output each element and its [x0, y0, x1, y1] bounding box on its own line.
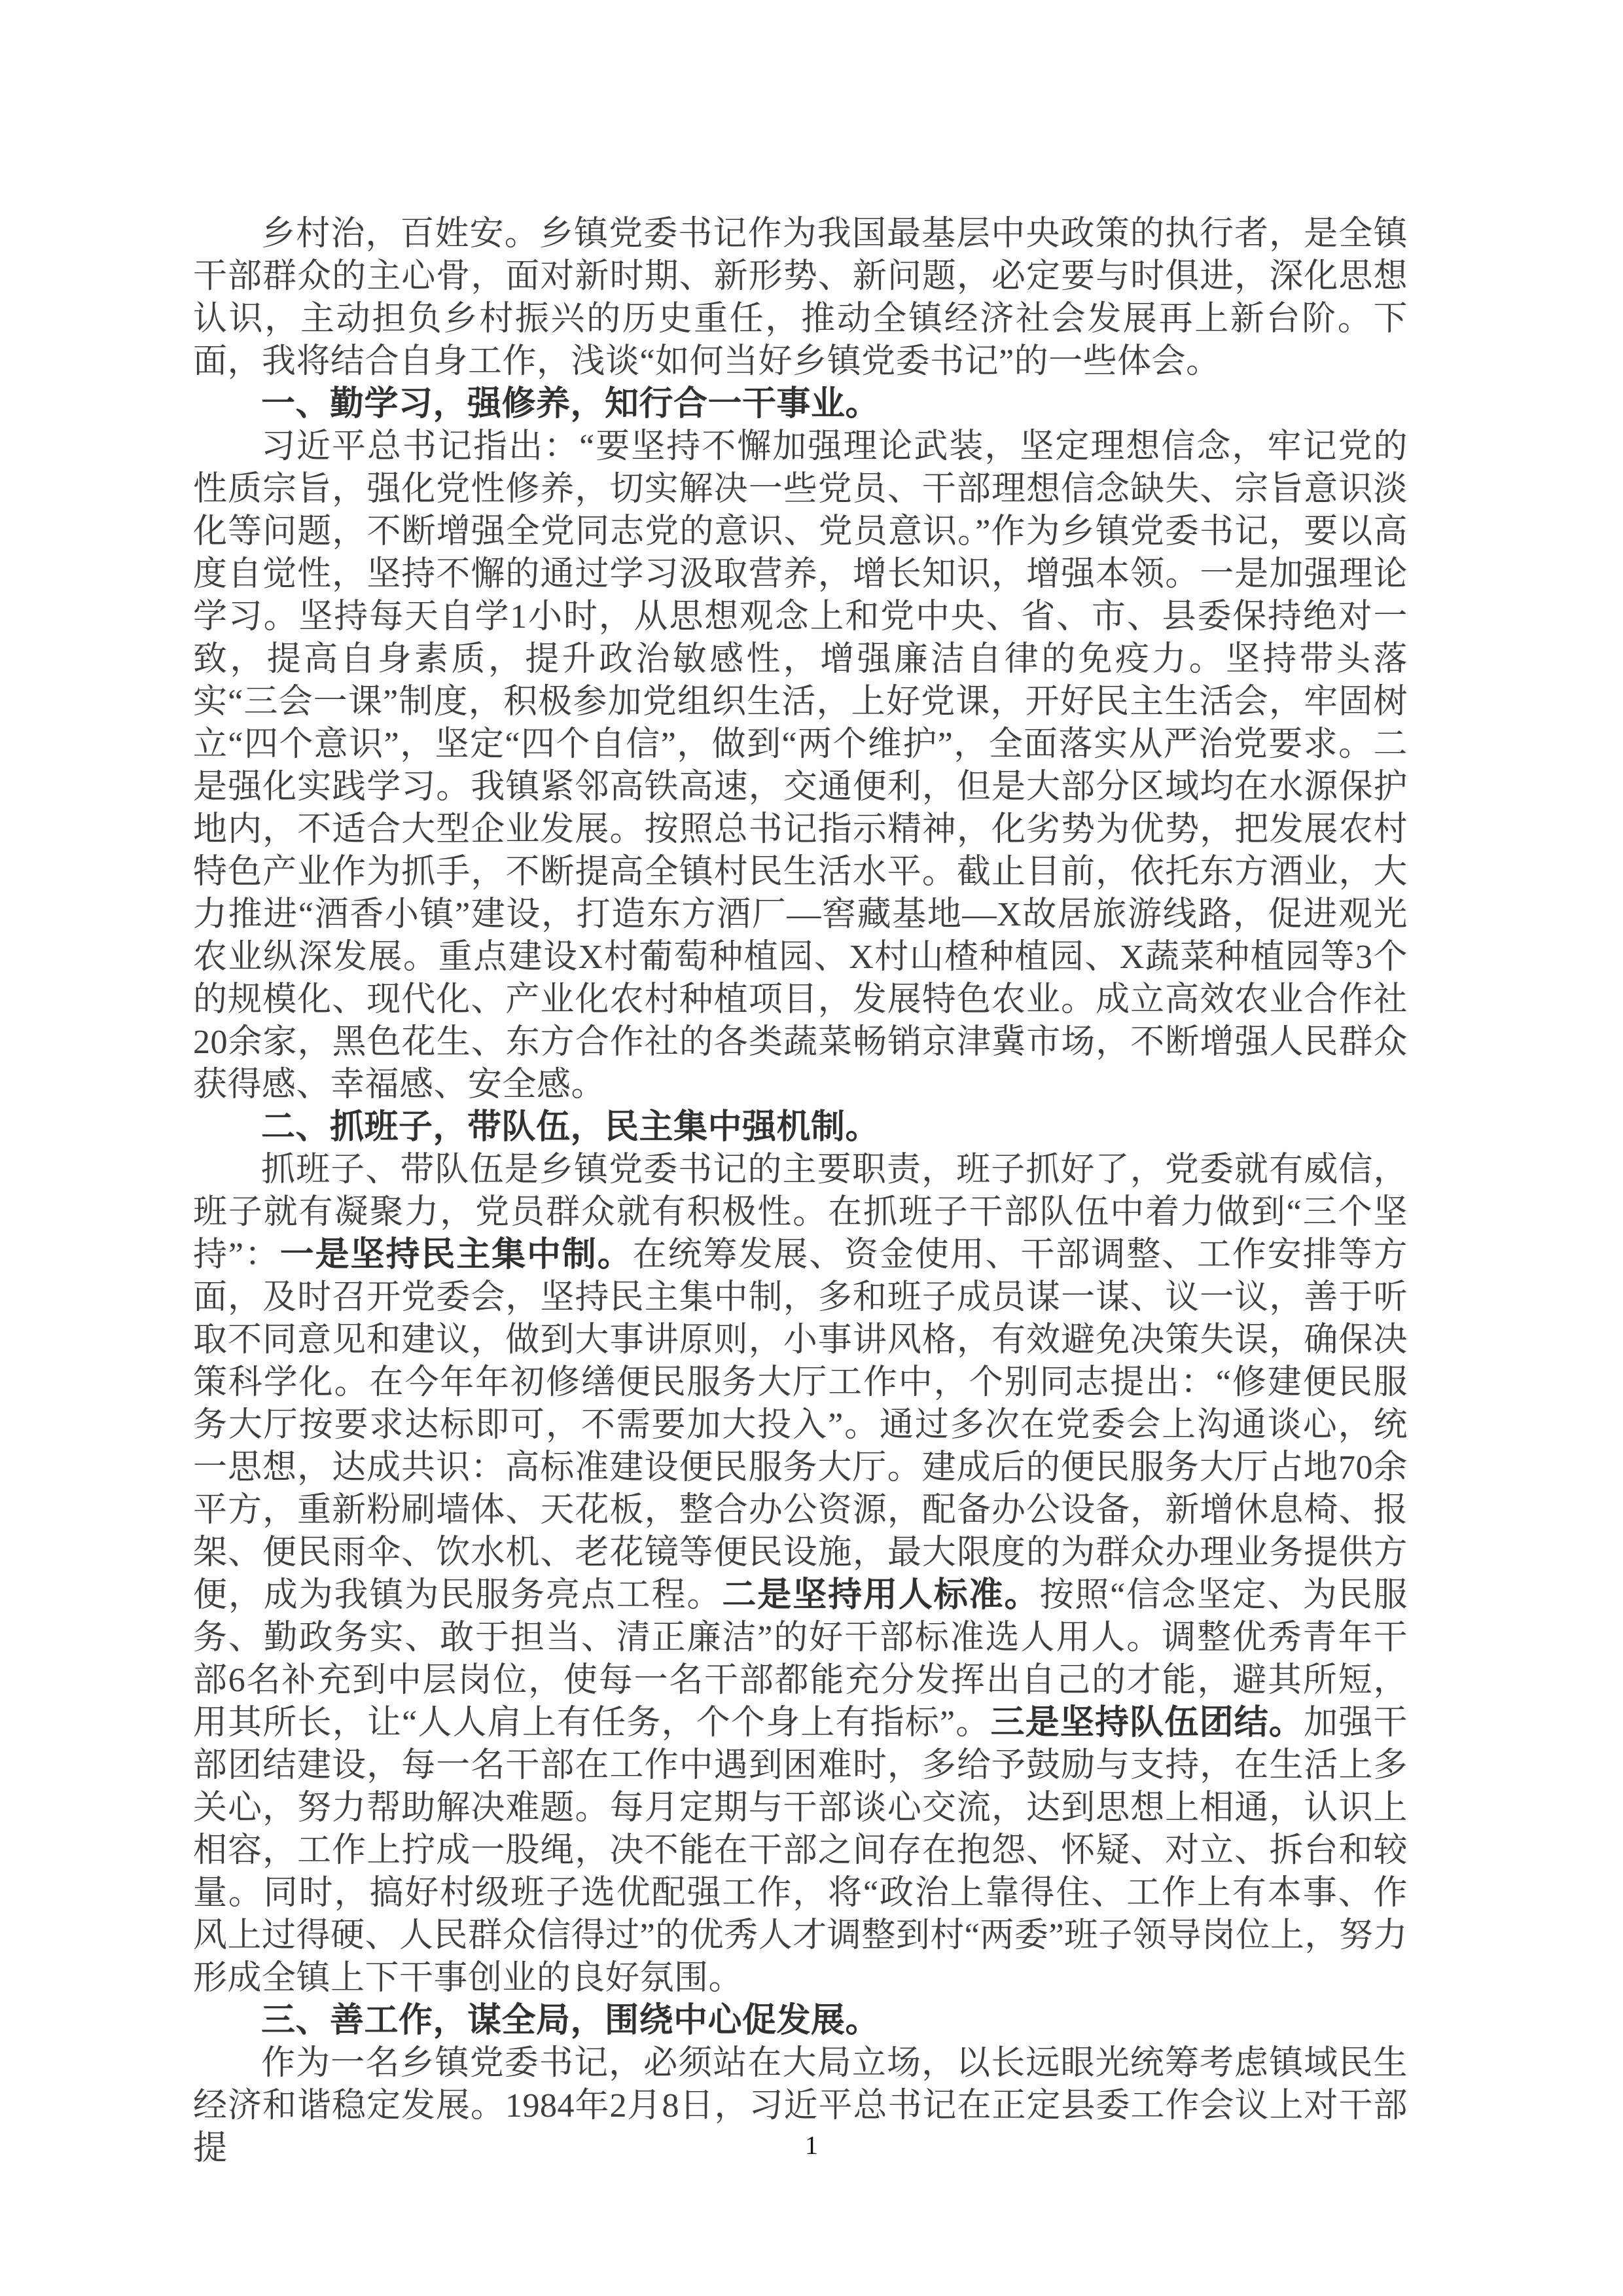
paragraph: 习近平总书记指出：“要坚持不懈加强理论武装，坚定理想信念，牢记党的性质宗旨，强化…	[193, 425, 1408, 1106]
text-run: 乡村治，百姓安。乡镇党委书记作为我国最基层中央政策的执行者，是全镇干部群众的主心…	[193, 215, 1408, 380]
section-heading: 一、勤学习，强修养，知行合一干事业。	[193, 383, 1408, 425]
section-heading: 三、善工作，谋全局，围绕中心促发展。	[193, 2000, 1408, 2042]
text-run: 一、勤学习，强修养，知行合一干事业。	[261, 386, 880, 423]
section-heading: 二、抓班子，带队伍，民主集中强机制。	[193, 1106, 1408, 1149]
bold-text-run: 一是坚持民主集中制。	[280, 1236, 633, 1274]
bold-text-run: 二是坚持用人标准。	[722, 1577, 1039, 1614]
text-run: 二、抓班子，带队伍，民主集中强机制。	[261, 1109, 880, 1146]
bold-text-run: 三是坚持队伍团结。	[990, 1704, 1304, 1742]
page-number: 1	[805, 2130, 818, 2160]
paragraph: 乡村治，百姓安。乡镇党委书记作为我国最基层中央政策的执行者，是全镇干部群众的主心…	[193, 213, 1408, 383]
text-run: 在统筹发展、资金使用、干部调整、工作安排等方面，及时召开党委会，坚持民主集中制，…	[193, 1236, 1408, 1614]
text-run: 加强干部团结建设，每一名干部在工作中遇到困难时，多给予鼓励与支持，在生活上多关心…	[193, 1704, 1408, 1997]
text-run: 三、善工作，谋全局，围绕中心促发展。	[261, 2002, 880, 2039]
document-content: 乡村治，百姓安。乡镇党委书记作为我国最基层中央政策的执行者，是全镇干部群众的主心…	[193, 213, 1408, 2170]
paragraph: 抓班子、带队伍是乡镇党委书记的主要职责，班子抓好了，党委就有威信，班子就有凝聚力…	[193, 1149, 1408, 2000]
page-footer: 1	[0, 2131, 1623, 2160]
document-page: 乡村治，百姓安。乡镇党委书记作为我国最基层中央政策的执行者，是全镇干部群众的主心…	[0, 0, 1623, 2296]
text-run: 习近平总书记指出：“要坚持不懈加强理论武装，坚定理想信念，牢记党的性质宗旨，强化…	[193, 428, 1408, 1103]
